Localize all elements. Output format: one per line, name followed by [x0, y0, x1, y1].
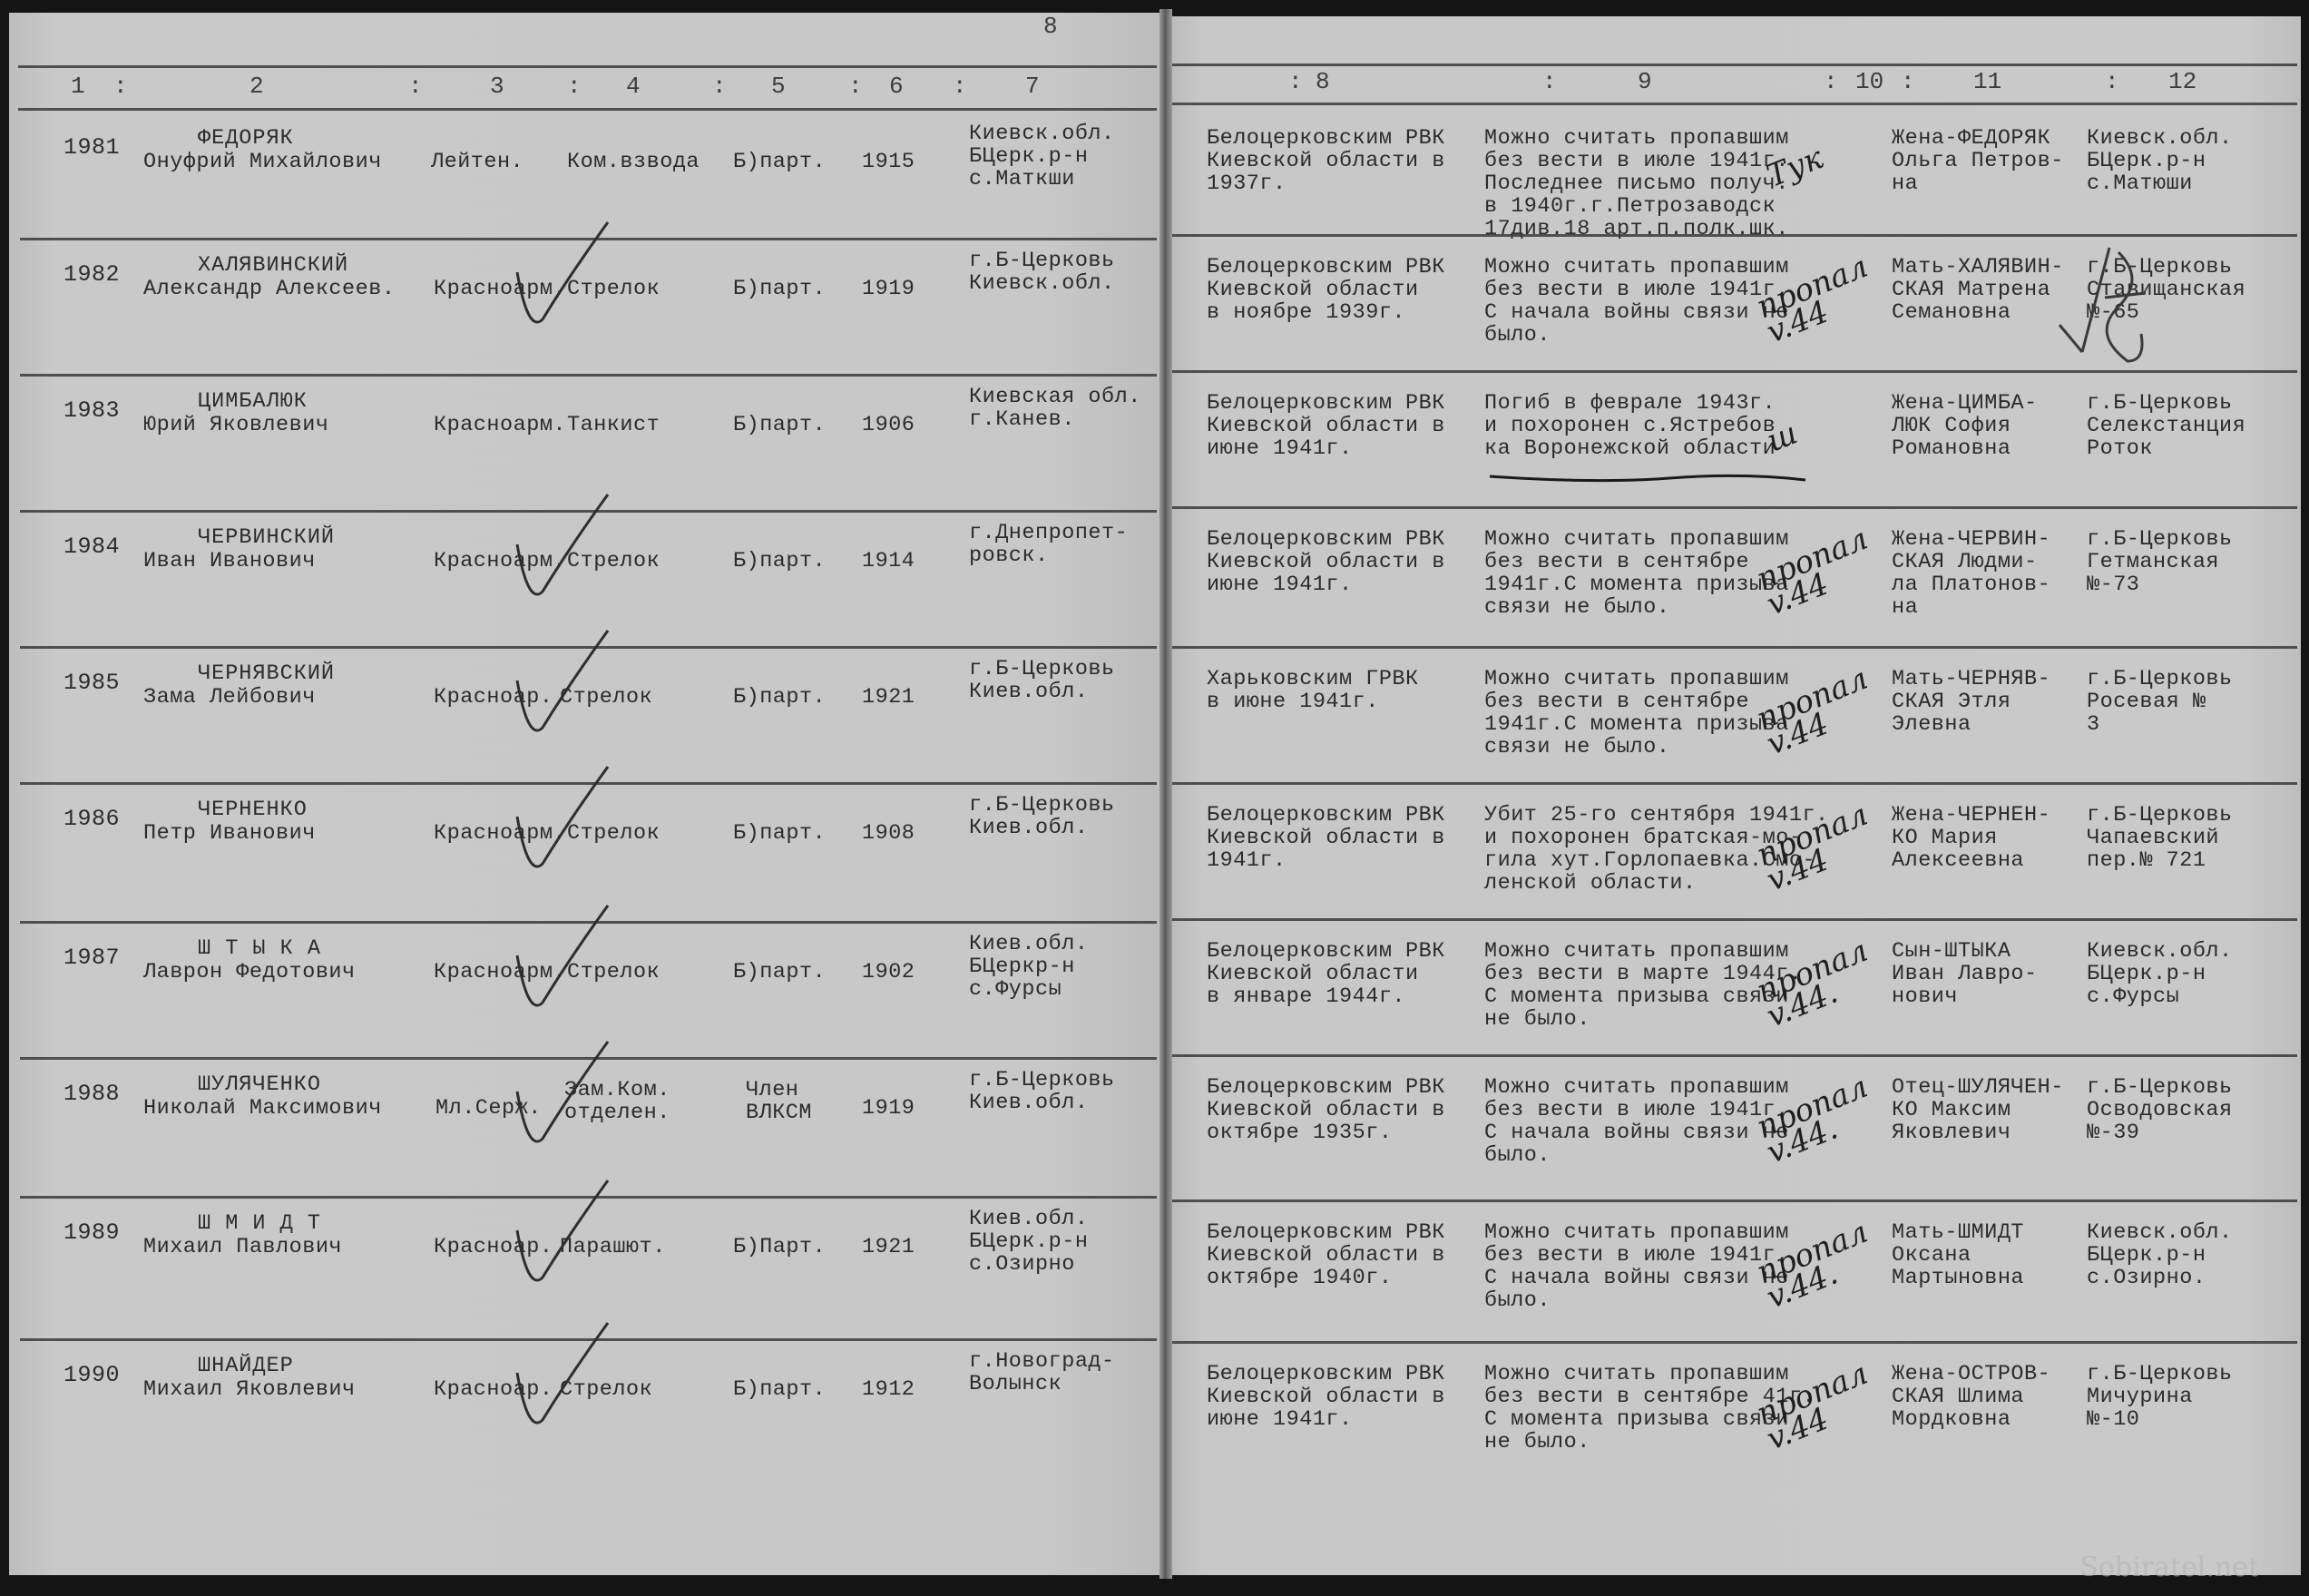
fate: Погиб в феврале 1943г. и похоронен с.Яст… [1484, 392, 1776, 460]
row-separator-right [1172, 1199, 2297, 1202]
fate: Можно считать пропавшим без вести в июле… [1484, 1221, 1789, 1312]
given-names: Михаил Яковлевич [143, 1378, 356, 1401]
check-mark-icon [508, 1037, 617, 1164]
birth-year: 1906 [862, 414, 915, 436]
surname: ЧЕРВИНСКИЙ [198, 526, 335, 549]
surname: ШУЛЯЧЕНКО [198, 1073, 321, 1096]
relative: Сын-ШТЫКА Иван Лавро- нович [1892, 940, 2038, 1008]
birthplace: Киев.обл. БЦеркр-н с.Фурсы [969, 933, 1088, 1001]
drafted-by: Харьковским ГРВК в июне 1941г. [1207, 668, 1419, 713]
given-names: Александр Алексеев. [143, 278, 395, 300]
column-separator: : [1288, 68, 1303, 95]
birthplace: г.Б-Церковь Киевск.обл. [969, 250, 1115, 295]
row-separator-right [1172, 234, 2297, 237]
rank: Красноарм. [434, 414, 566, 436]
relative: Отец-ШУЛЯЧЕН- КО Максим Яковлевич [1892, 1076, 2064, 1144]
given-names: Николай Максимович [143, 1097, 382, 1120]
position: Танкист [567, 414, 660, 436]
record-number: 1990 [64, 1364, 120, 1386]
watermark: Sobiratel.net [2079, 1552, 2259, 1583]
home-address: г.Б-Церковь Росевая № 3 [2087, 668, 2233, 736]
surname: ХАЛЯВИНСКИЙ [198, 254, 348, 277]
home-address: г.Б-Церковь Селекстанция Роток [2087, 392, 2245, 460]
column-number: 9 [1638, 68, 1652, 95]
given-names: Иван Иванович [143, 550, 316, 573]
party: Б)Парт. [733, 1236, 826, 1258]
row-separator-right [1172, 646, 2297, 649]
column-separator: : [2105, 68, 2119, 95]
record-number: 1985 [64, 671, 120, 694]
fate: Можно считать пропавшим без вести в июле… [1484, 256, 1789, 347]
column-number: 1 [71, 73, 85, 100]
record-number: 1982 [64, 263, 120, 286]
column-separator: : [1542, 68, 1557, 95]
check-mark-icon [508, 762, 617, 889]
column-separator: : [567, 73, 582, 100]
column-separator: : [113, 73, 128, 100]
drafted-by: Белоцерковским РВК Киевской области в но… [1207, 256, 1445, 324]
home-address: Киевск.обл. БЦерк.р-н с.Озирно. [2087, 1221, 2233, 1289]
column-number: 10 [1855, 68, 1883, 95]
birth-year: 1921 [862, 1236, 915, 1258]
record-number: 1983 [64, 399, 120, 422]
check-mark-icon [508, 1318, 617, 1445]
relative: Жена-ЧЕРВИН- СКАЯ Людми- ла Платонов- на [1892, 528, 2050, 619]
home-address: г.Б-Церковь Осводовская №-39 [2087, 1076, 2233, 1144]
column-separator: : [848, 73, 863, 100]
home-address: Киевск.обл. БЦерк.р-н с.Фурсы [2087, 940, 2233, 1008]
drafted-by: Белоцерковским РВК Киевской области в ян… [1207, 940, 1445, 1008]
birthplace: г.Б-Церковь Киев.обл. [969, 1069, 1115, 1114]
party: Б)парт. [733, 550, 826, 573]
relative: Мать-ШМИДТ Оксана Мартыновна [1892, 1221, 2024, 1289]
drafted-by: Белоцерковским РВК Киевской области в ок… [1207, 1221, 1445, 1289]
column-separator: : [408, 73, 423, 100]
surname: ФЕДОРЯК [198, 127, 294, 150]
underline-mark [1488, 469, 1815, 487]
column-number: 7 [1025, 73, 1040, 100]
birthplace: Киев.обл. БЦерк.р-н с.Озирно [969, 1208, 1088, 1276]
home-address: Киевск.обл. БЦерк.р-н с.Матюши [2087, 127, 2233, 195]
birthplace: Киевск.обл. БЦерк.р-н с.Маткши [969, 122, 1115, 191]
home-address: г.Б-Церковь Гетманская №-73 [2087, 528, 2233, 596]
row-separator-right [1172, 506, 2297, 509]
check-mark-icon [508, 626, 617, 753]
handwritten-scribble [2055, 243, 2155, 370]
drafted-by: Белоцерковским РВК Киевской области в ию… [1207, 528, 1445, 596]
drafted-by: Белоцерковским РВК Киевской области в 19… [1207, 127, 1445, 195]
row-separator-right [1172, 1054, 2297, 1057]
birthplace: Киевская обл. г.Канев. [969, 386, 1141, 431]
drafted-by: Белоцерковским РВК Киевской области в ок… [1207, 1076, 1445, 1144]
birth-year: 1919 [862, 278, 915, 300]
given-names: Зама Лейбович [143, 686, 316, 709]
top-column-marker: 8 [1043, 13, 1058, 40]
party: Б)парт. [733, 686, 826, 709]
header-bottom-rule-right [1172, 103, 2297, 105]
relative: Мать-ХАЛЯВИН- СКАЯ Матрена Семановна [1892, 256, 2064, 324]
party: Член ВЛКСМ [746, 1079, 812, 1124]
fate: Можно считать пропавшим без вести в сент… [1484, 528, 1789, 619]
birthplace: г.Б-Церковь Киев.обл. [969, 794, 1115, 839]
birth-year: 1921 [862, 686, 915, 709]
given-names: Онуфрий Михайлович [143, 151, 382, 173]
record-number: 1981 [64, 136, 120, 159]
party: Б)парт. [733, 278, 826, 300]
birth-year: 1915 [862, 151, 915, 173]
record-number: 1989 [64, 1221, 120, 1244]
surname: ЦИМБАЛЮК [198, 390, 308, 413]
row-separator-right [1172, 782, 2297, 785]
fate: Можно считать пропавшим без вести в июле… [1484, 127, 1789, 240]
birth-year: 1912 [862, 1378, 915, 1401]
relative: Жена-ЧЕРНЕН- КО Мария Алексеевна [1892, 804, 2050, 872]
column-number: 4 [626, 73, 641, 100]
check-mark-icon [508, 1176, 617, 1303]
drafted-by: Белоцерковским РВК Киевской области в ию… [1207, 1363, 1445, 1431]
party: Б)парт. [733, 151, 826, 173]
check-mark-icon [508, 901, 617, 1028]
drafted-by: Белоцерковским РВК Киевской области в ию… [1207, 392, 1445, 460]
check-mark-icon [508, 490, 617, 617]
party: Б)парт. [733, 1378, 826, 1401]
book-gutter [1159, 9, 1172, 1579]
birthplace: г.Новоград- Волынск [969, 1350, 1115, 1395]
column-number: 3 [490, 73, 504, 100]
party: Б)парт. [733, 961, 826, 984]
column-number: 11 [1973, 68, 2001, 95]
surname: Ш Т Ы К А [198, 937, 321, 960]
party: Б)парт. [733, 414, 826, 436]
check-mark-icon [508, 218, 617, 345]
birth-year: 1902 [862, 961, 915, 984]
column-separator: : [1901, 68, 1915, 95]
surname: ШНАЙДЕР [198, 1355, 294, 1377]
fate: Можно считать пропавшим без вести в июле… [1484, 1076, 1789, 1167]
given-names: Петр Иванович [143, 822, 316, 845]
given-names: Лаврон Федотович [143, 961, 356, 984]
party: Б)парт. [733, 822, 826, 845]
record-number: 1987 [64, 946, 120, 969]
drafted-by: Белоцерковским РВК Киевской области в 19… [1207, 804, 1445, 872]
row-separator-left [20, 374, 1157, 377]
record-number: 1988 [64, 1082, 120, 1105]
column-separator: : [1824, 68, 1838, 95]
record-number: 1986 [64, 808, 120, 830]
birth-year: 1919 [862, 1097, 915, 1120]
rank: Лейтен. [431, 151, 523, 173]
record-number: 1984 [64, 535, 120, 558]
column-number: 12 [2168, 68, 2196, 95]
row-separator-right [1172, 918, 2297, 921]
row-separator-right [1172, 1341, 2297, 1344]
column-number: 5 [771, 73, 786, 100]
birth-year: 1914 [862, 550, 915, 573]
birth-year: 1908 [862, 822, 915, 845]
row-separator-right [1172, 370, 2297, 373]
relative: Жена-ФЕДОРЯК Ольга Петров- на [1892, 127, 2064, 195]
position: Ком.взвода [567, 151, 700, 173]
header-top-rule-right [1172, 64, 2297, 66]
relative: Мать-ЧЕРНЯВ- СКАЯ Этля Элевна [1892, 668, 2050, 736]
fate: Можно считать пропавшим без вести в сент… [1484, 668, 1789, 759]
given-names: Юрий Яковлевич [143, 414, 328, 436]
column-number: 8 [1316, 68, 1330, 95]
birthplace: г.Днепропет- ровск. [969, 522, 1128, 567]
surname: ЧЕРНЕНКО [198, 798, 308, 821]
given-names: Михаил Павлович [143, 1236, 342, 1258]
home-address: г.Б-Церковь Мичурина №-10 [2087, 1363, 2233, 1431]
column-separator: : [953, 73, 967, 100]
home-address: г.Б-Церковь Чапаевский пер.№ 721 [2087, 804, 2233, 872]
header-top-rule-left [18, 65, 1157, 68]
header-bottom-rule-left [18, 108, 1157, 111]
column-number: 2 [249, 73, 264, 100]
relative: Жена-ОСТРОВ- СКАЯ Шлима Мордковна [1892, 1363, 2050, 1431]
column-number: 6 [889, 73, 904, 100]
surname: ЧЕРНЯВСКИЙ [198, 662, 335, 685]
column-separator: : [712, 73, 727, 100]
surname: Ш М И Д Т [198, 1212, 321, 1235]
birthplace: г.Б-Церковь Киев.обл. [969, 658, 1115, 703]
relative: Жена-ЦИМБА- ЛЮК София Романовна [1892, 392, 2038, 460]
